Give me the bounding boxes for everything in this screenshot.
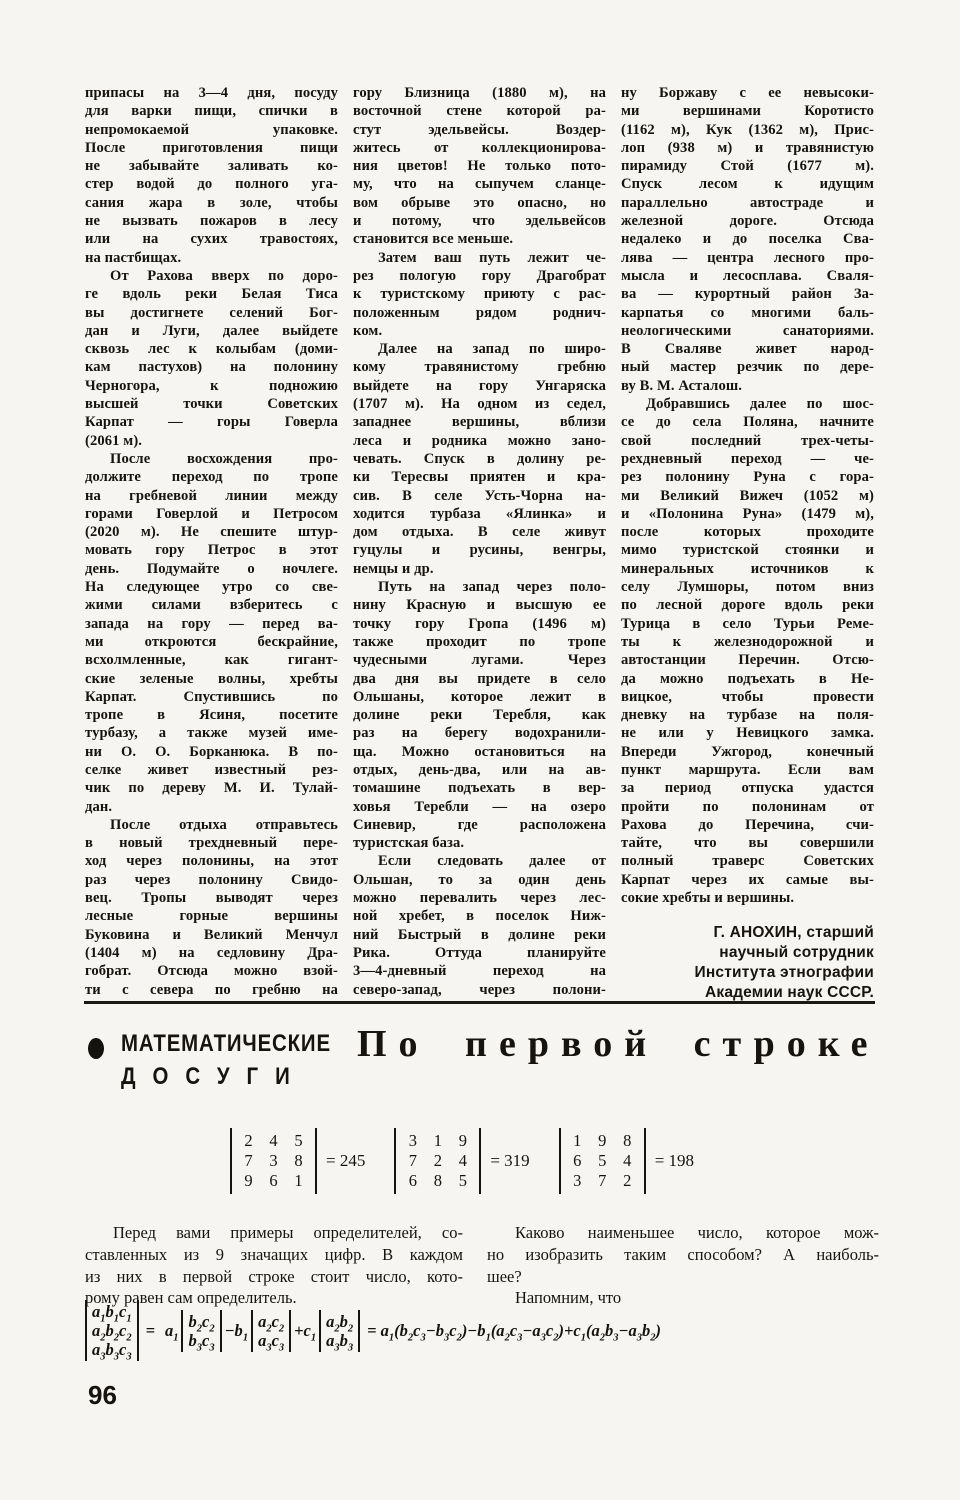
text-line: Затем ваш путь лежит че-	[353, 249, 606, 267]
text-line: Путь на запад через поло-	[353, 578, 606, 596]
text-line: ховья Теребли — на озеро	[353, 798, 606, 816]
text-line: лява — центра лесного про-	[621, 249, 874, 267]
determinant: 245738961= 245	[230, 1128, 365, 1194]
page-number: 96	[88, 1380, 117, 1411]
text-line: вец. Тропы выводят через	[85, 889, 338, 907]
text-line: для варки пищи, спички в	[85, 102, 338, 120]
puzzle-right-column: Каково наименьшее число, которое мож-но …	[487, 1222, 879, 1309]
text-line: Ольшаны, которое лежит в	[353, 688, 606, 706]
text-line: чудесными лугами. Через	[353, 651, 606, 669]
text-line: ми вершинами Коротисто	[621, 102, 874, 120]
text-line: выйдете на гору Унгаряска	[353, 377, 606, 395]
text-line: томашине подъехать в вер-	[353, 779, 606, 797]
text-line: сокие хребты и вершины.	[621, 889, 874, 907]
text-line: ты к железнодорожной и	[621, 633, 874, 651]
determinant-formula: a1b1c1a2b2c2a3b3c3=a1b2c2b3c3−b1a2c2a3c3…	[85, 1300, 885, 1361]
column-text: ну Боржаву с ее невысоки-ми вершинами Ко…	[621, 84, 874, 907]
text-line: (2020 м). Не спешите штур-	[85, 523, 338, 541]
text-line: к туристскому приюту с рас-	[353, 285, 606, 303]
determinant-cell: 6	[265, 1171, 282, 1191]
cofactor-coefficient: −b1	[225, 1321, 249, 1341]
text-line: Карпат. Спустившись по	[85, 688, 338, 706]
text-line: гуцулы и русины, венгры,	[353, 541, 606, 559]
text-line: сив. В селе Усть-Чорна на-	[353, 487, 606, 505]
text-line: ми откроются бескрайние,	[85, 633, 338, 651]
text-line: автостанции Перечин. Отсю-	[621, 651, 874, 669]
determinant-cell: 4	[619, 1151, 636, 1171]
section-rubric-line1: МАТЕМАТИЧЕСКИЕ	[121, 1030, 331, 1058]
formula-lhs-matrix: a1b1c1a2b2c2a3b3c3	[85, 1300, 139, 1361]
text-line: Рахова до Перечина, счи-	[621, 816, 874, 834]
determinant: 319724685= 319	[394, 1128, 529, 1194]
determinant-result: = 245	[326, 1151, 365, 1171]
text-line: два дня вы придете в село	[353, 670, 606, 688]
magazine-page: { "colors": { "paper": "#f6f5f1", "ink":…	[0, 0, 960, 1500]
bullet-icon	[88, 1038, 104, 1059]
text-line: ком.	[353, 322, 606, 340]
text-line: ге вдоль реки Белая Тиса	[85, 285, 338, 303]
text-line: Впереди Ужгород, конечный	[621, 743, 874, 761]
text-line: и «Полонина Руна» (1479 м),	[621, 505, 874, 523]
text-line: восточной стене которой ра-	[353, 102, 606, 120]
article-column-2: гору Близница (1880 м), навосточной стен…	[353, 84, 606, 1003]
text-line: Рика. Оттуда планируйте	[353, 944, 606, 962]
cofactor-coefficient: a1	[165, 1321, 179, 1341]
column-text: припасы на 3—4 дня, посудудля варки пищи…	[85, 84, 338, 999]
text-line: раз через полонину Свидо-	[85, 871, 338, 889]
text-line: Синевир, где расположена	[353, 816, 606, 834]
text-line: После восхождения про-	[85, 450, 338, 468]
text-line: Карпат — горы Говерла	[85, 413, 338, 431]
text-line: дом отдыха. В селе живут	[353, 523, 606, 541]
determinant-cell: 3	[404, 1131, 421, 1151]
text-line: запада на гору — перед ва-	[85, 615, 338, 633]
determinant-cell: 8	[619, 1131, 636, 1151]
determinant-result: = 198	[655, 1151, 694, 1171]
determinant-cell: 2	[429, 1151, 446, 1171]
text-line: минеральных источников к	[621, 560, 874, 578]
text-line: На следующее утро со све-	[85, 578, 338, 596]
author-byline: Г. АНОХИН, старшийнаучный сотрудникИнсти…	[621, 923, 874, 1003]
text-line: Черногора, к подножию	[85, 377, 338, 395]
determinant-matrix: 198654372	[559, 1128, 646, 1194]
text-line: раз на берегу водохранили-	[353, 724, 606, 742]
determinant-cell: 3	[569, 1171, 586, 1191]
text-line: чик по дереву М. И. Тулай-	[85, 779, 338, 797]
text-line: Перед вами примеры определителей, со-	[85, 1222, 463, 1244]
text-line: ставленных из 9 значащих цифр. В каждом	[85, 1244, 463, 1266]
text-line: также проходит по тропе	[353, 633, 606, 651]
determinant-cell: 7	[240, 1151, 257, 1171]
section-rubric-line2: ДОСУГИ	[121, 1063, 307, 1091]
text-line: житесь от коллекционирова-	[353, 139, 606, 157]
text-line: немцы и др.	[353, 560, 606, 578]
text-line: не или у Невицкого замка.	[621, 724, 874, 742]
text-line: дневку на турбазе на поля-	[621, 706, 874, 724]
text-line: ход через полонины, на этот	[85, 852, 338, 870]
text-line: долине реки Теребля, как	[353, 706, 606, 724]
article-column-3: ну Боржаву с ее невысоки-ми вершинами Ко…	[621, 84, 874, 1003]
determinant-cell: 8	[429, 1171, 446, 1191]
text-line: точку гору Гропа (1496 м)	[353, 615, 606, 633]
text-line: Добравшись далее по шос-	[621, 395, 874, 413]
text-line: тайте, что вы совершили	[621, 834, 874, 852]
text-line: мимо туристской стоянки и	[621, 541, 874, 559]
text-line: после которых проходите	[621, 523, 874, 541]
section-header: МАТЕМАТИЧЕСКИЕ ДОСУГИ По первой строке	[85, 1030, 875, 1100]
determinant-cell: 7	[404, 1151, 421, 1171]
text-line: западнее вершины, вблизи	[353, 413, 606, 431]
text-line: и потому, что эдельвейсов	[353, 212, 606, 230]
text-line: (1707 м). На одном из седел,	[353, 395, 606, 413]
text-line: должите переход по тропе	[85, 468, 338, 486]
determinant-cell: 2	[619, 1171, 636, 1191]
text-line: стут эдельвейсы. Воздер-	[353, 121, 606, 139]
text-line: кам пастухов) на полонину	[85, 358, 338, 376]
determinant-cell: 6	[569, 1151, 586, 1171]
determinant-cell: 5	[290, 1131, 307, 1151]
text-line: дан.	[85, 798, 338, 816]
text-line: железной дороге. Отсюда	[621, 212, 874, 230]
determinant-result: = 319	[490, 1151, 529, 1171]
determinant: 198654372= 198	[559, 1128, 694, 1194]
text-line: Буковина и Великий Менчул	[85, 926, 338, 944]
puzzle-text: Перед вами примеры определителей, со-ста…	[85, 1222, 879, 1309]
text-line: ный мастер резчик по дере-	[621, 358, 874, 376]
text-line: ву В. М. Асталош.	[621, 377, 874, 395]
determinant-cell: 5	[454, 1171, 471, 1191]
determinant-cell: 6	[404, 1171, 421, 1191]
text-line: пирамиду Стой (1677 м).	[621, 157, 874, 175]
text-line: высшей точки Советских	[85, 395, 338, 413]
text-line: ти с севера по гребню на	[85, 981, 338, 999]
text-line: селке живет известный рез-	[85, 761, 338, 779]
text-line: Если следовать далее от	[353, 852, 606, 870]
article-column-1: припасы на 3—4 дня, посудудля варки пищи…	[85, 84, 338, 1003]
determinant-cell: 1	[569, 1131, 586, 1151]
determinant-cell: 8	[290, 1151, 307, 1171]
text-line: рез полонину Руна с гора-	[621, 468, 874, 486]
formula-minor-matrix: a2c2a3c3	[251, 1310, 291, 1352]
text-line: дан и Луги, далее выйдете	[85, 322, 338, 340]
equals-sign: =	[146, 1321, 155, 1341]
text-line: мысла и лесосплава. Сваля-	[621, 267, 874, 285]
determinant-cell: 4	[265, 1131, 282, 1151]
text-line: отдых, день-два, или на ав-	[353, 761, 606, 779]
text-line: горами Говерлой и Петросом	[85, 505, 338, 523]
text-line: турбазу, а также музей име-	[85, 724, 338, 742]
formula-expansion: = a1(b2c3−b3c2)−b1(a2c3−a3c2)+c1(a2b3−a3…	[367, 1321, 661, 1341]
text-line: (1162 м), Кук (1362 м), Прис-	[621, 121, 874, 139]
determinant-cell: 4	[454, 1151, 471, 1171]
text-line: рехдневный переход — че-	[621, 450, 874, 468]
text-line: ни О. О. Борканюка. В по-	[85, 743, 338, 761]
text-line: ходится турбаза «Ялинка» и	[353, 505, 606, 523]
text-line: на пастбищах.	[85, 249, 338, 267]
text-line: селу Лумшоры, потом вниз	[621, 578, 874, 596]
text-line: можно перевалить через лес-	[353, 889, 606, 907]
text-line: лоп (938 м) и травянистую	[621, 139, 874, 157]
formula-minor-matrix: a2b2a3b3	[319, 1310, 360, 1352]
text-line: кому травянистому гребню	[353, 358, 606, 376]
text-line: из них в первой строке стоит число, кото…	[85, 1266, 463, 1288]
text-line: да можно подъехать в Не-	[621, 670, 874, 688]
text-line: (1404 м) на седловину Дра-	[85, 944, 338, 962]
text-line: но изобразить таким способом? А наиболь-	[487, 1244, 879, 1266]
text-line: недалеко и до поселка Сва-	[621, 230, 874, 248]
article-columns: припасы на 3—4 дня, посудудля варки пищи…	[85, 84, 875, 1003]
text-line: Далее на запад по широ-	[353, 340, 606, 358]
text-line: пункт маршрута. Если вам	[621, 761, 874, 779]
determinant-cell: 9	[240, 1171, 257, 1191]
puzzle-left-column: Перед вами примеры определителей, со-ста…	[85, 1222, 463, 1309]
text-line: Турица в село Турьи Реме-	[621, 615, 874, 633]
determinant-examples: 245738961= 245319724685= 319198654372= 1…	[85, 1128, 875, 1194]
text-line: свой последний трех-четы-	[621, 432, 874, 450]
text-line: непромокаемой упаковке.	[85, 121, 338, 139]
text-line: всхолмленные, как гигант-	[85, 651, 338, 669]
text-line: жими силами взберитесь с	[85, 596, 338, 614]
determinant-cell: 5	[594, 1151, 611, 1171]
text-line: ки Тересвы приятен и кра-	[353, 468, 606, 486]
text-line: Карпат через их самые вы-	[621, 871, 874, 889]
text-line: параллельно автостраде и	[621, 194, 874, 212]
determinant-cell: 1	[429, 1131, 446, 1151]
text-line: на гребневой линии между	[85, 487, 338, 505]
byline-line: Института этнографии	[621, 963, 874, 983]
byline-line: Г. АНОХИН, старший	[621, 923, 874, 943]
determinant-cell: 1	[290, 1171, 307, 1191]
text-line: ний Быстрый в долине реки	[353, 926, 606, 944]
text-line: Ольшан, то за один день	[353, 871, 606, 889]
column-text: гору Близница (1880 м), навосточной стен…	[353, 84, 606, 999]
determinant-cell: 2	[240, 1131, 257, 1151]
text-line: Каково наименьшее число, которое мож-	[487, 1222, 879, 1244]
text-line: 3—4-дневный переход на	[353, 962, 606, 980]
text-line: После приготовления пищи	[85, 139, 338, 157]
text-line: припасы на 3—4 дня, посуду	[85, 84, 338, 102]
text-line: или на сухих травостоях,	[85, 230, 338, 248]
text-line: не забывайте заливать ко-	[85, 157, 338, 175]
text-line: После отдыха отправьтесь	[85, 816, 338, 834]
text-line: лесные горные вершины	[85, 907, 338, 925]
text-line: вы достигнете селений Бог-	[85, 304, 338, 322]
determinant-cell: 9	[594, 1131, 611, 1151]
text-line: мовать гору Петрос в этот	[85, 541, 338, 559]
text-line: ские зеленые волны, хребты	[85, 670, 338, 688]
text-line: стер водой до полного уга-	[85, 175, 338, 193]
determinant-cell: 9	[454, 1131, 471, 1151]
section-title: По первой строке	[357, 1022, 880, 1066]
text-line: сквозь лес к колыбам (доми-	[85, 340, 338, 358]
text-line: му, что на сыпучем сланце-	[353, 175, 606, 193]
text-line: не вызвать пожаров в лесу	[85, 212, 338, 230]
text-line: чевать. Спуск в долину ре-	[353, 450, 606, 468]
text-line: тропе в Ясиня, посетите	[85, 706, 338, 724]
text-line: (2061 м).	[85, 432, 338, 450]
byline-line: научный сотрудник	[621, 943, 874, 963]
text-line: по лесной дороге вдоль реки	[621, 596, 874, 614]
cofactor-coefficient: +c1	[294, 1321, 316, 1341]
text-line: Спуск лесом к идущим	[621, 175, 874, 193]
text-line: северо-запад, через полони-	[353, 981, 606, 999]
text-line: рез пологую гору Драгобрат	[353, 267, 606, 285]
text-line: ми Великий Вижеч (1052 м)	[621, 487, 874, 505]
text-line: ва — курортный район За-	[621, 285, 874, 303]
text-line: се до села Поляна, начните	[621, 413, 874, 431]
text-line: пройти по полонинам от	[621, 798, 874, 816]
text-line: ния цветов! Не только пото-	[353, 157, 606, 175]
text-line: ной хребет, в поселок Ниж-	[353, 907, 606, 925]
text-line: ну Боржаву с ее невысоки-	[621, 84, 874, 102]
text-line: карпатья со многими баль-	[621, 304, 874, 322]
text-line: полный траверс Советских	[621, 852, 874, 870]
text-line: вицкое, чтобы провести	[621, 688, 874, 706]
text-line: становится все меньше.	[353, 230, 606, 248]
determinant-matrix: 319724685	[394, 1128, 481, 1194]
text-line: В Сваляве живет народ-	[621, 340, 874, 358]
determinant-cell: 7	[594, 1171, 611, 1191]
determinant-matrix: 245738961	[230, 1128, 317, 1194]
text-line: неологическими санаториями.	[621, 322, 874, 340]
text-line: ща. Можно остановиться на	[353, 743, 606, 761]
text-line: сания жара в золе, чтобы	[85, 194, 338, 212]
text-line: леса и родника можно зано-	[353, 432, 606, 450]
text-line: за период отпуска удастся	[621, 779, 874, 797]
text-line: в новый трехдневный пере-	[85, 834, 338, 852]
text-line: день. Подумайте о ночлеге.	[85, 560, 338, 578]
text-line: шее?	[487, 1266, 879, 1288]
text-line: нину Красную и высшую ее	[353, 596, 606, 614]
text-line: вом обрыве это опасно, но	[353, 194, 606, 212]
text-line: туристская база.	[353, 834, 606, 852]
text-line: гобрат. Отсюда можно взой-	[85, 962, 338, 980]
section-divider-rule	[84, 1001, 875, 1004]
text-line: От Рахова вверх по доро-	[85, 267, 338, 285]
text-line: положенным рядом роднич-	[353, 304, 606, 322]
determinant-cell: 3	[265, 1151, 282, 1171]
text-line: гору Близница (1880 м), на	[353, 84, 606, 102]
formula-minor-matrix: b2c2b3c3	[181, 1310, 221, 1352]
